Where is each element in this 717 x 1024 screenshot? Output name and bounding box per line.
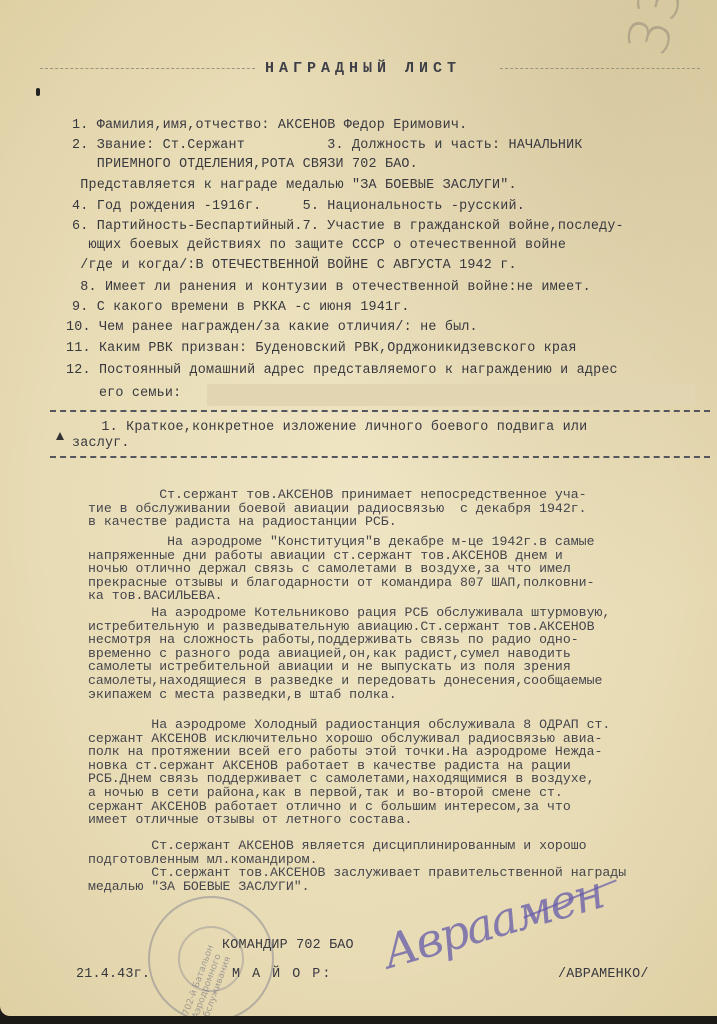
commander-rank: М А Й О Р: — [232, 967, 332, 982]
ink-mark — [36, 88, 40, 96]
section-rule-top — [50, 410, 710, 412]
field-name: 1. Фамилия,имя,отчество: АКСЕНОВ Федор Е… — [72, 118, 467, 133]
body-paragraph-2: На аэродроме "Конституция"в декабре м-це… — [88, 535, 708, 603]
title-rule-right — [500, 68, 700, 69]
field-war-where: /где и когда/:В ОТЕЧЕСТВЕННОЙ ВОЙНЕ С АВ… — [72, 258, 517, 273]
field-birth-nationality: 4. Год рождения -1916г. 5. Национальност… — [72, 199, 525, 214]
field-rkka-since: 9. С какого времени в РККА -с июня 1941г… — [72, 300, 410, 315]
field-position-cont: ПРИЕМНОГО ОТДЕЛЕНИЯ,РОТА СВЯЗИ 702 БАО. — [72, 157, 418, 172]
field-family-label: его семьи: — [66, 386, 181, 401]
field-party-war: 6. Партийность-Беспартийный.7. Участие в… — [72, 219, 624, 234]
field-wounds: 8. Имеет ли ранения и контузии в отечест… — [72, 280, 591, 295]
field-rank-position: 2. Звание: Ст.Сержант 3. Должность и час… — [72, 138, 583, 153]
field-conscription: 11. Каким РВК призван: Буденовский РВК,О… — [66, 341, 577, 356]
redacted-address — [207, 384, 695, 406]
award-sheet-page: НАГРАДНЫЙ ЛИСТ 330 1. Фамилия,имя,отчест… — [0, 0, 717, 1016]
field-war-cont: ющих боевых действиях по защите СССР о о… — [72, 238, 566, 253]
document-title: НАГРАДНЫЙ ЛИСТ — [265, 60, 461, 77]
section-heading-line2: заслуг. — [72, 436, 130, 451]
field-previous-awards: 10. Чем ранее награжден/за какие отличия… — [66, 320, 478, 335]
body-paragraph-3: На аэродроме Котельниково рация РСБ обсл… — [88, 606, 708, 701]
archive-number-pencil: 330 — [615, 0, 705, 62]
section-heading-line1: 1. Краткое,конкретное изложение личного … — [52, 420, 587, 435]
body-paragraph-1: Ст.сержант тов.АКСЕНОВ принимает непосре… — [88, 488, 708, 529]
title-rule-left — [40, 68, 255, 69]
field-home-address: 12. Постоянный домашний адрес представля… — [66, 363, 618, 378]
body-paragraph-4: На аэродроме Холодный радиостанция обслу… — [88, 718, 708, 827]
body-paragraph-5: Ст.сержант АКСЕНОВ является дисциплиниро… — [88, 839, 708, 893]
signing-date: 21.4.43г. — [76, 967, 150, 982]
field-nominated-award: Представляется к награде медалью "ЗА БОЕ… — [72, 178, 517, 193]
commander-title: КОМАНДИР 702 БАО — [222, 938, 354, 953]
official-seal-stamp: 702-й Батальон Аэродромного обслуживания — [148, 896, 274, 1016]
commander-name: /АВРАМЕНКО/ — [558, 967, 649, 982]
section-rule-bottom — [50, 456, 710, 458]
